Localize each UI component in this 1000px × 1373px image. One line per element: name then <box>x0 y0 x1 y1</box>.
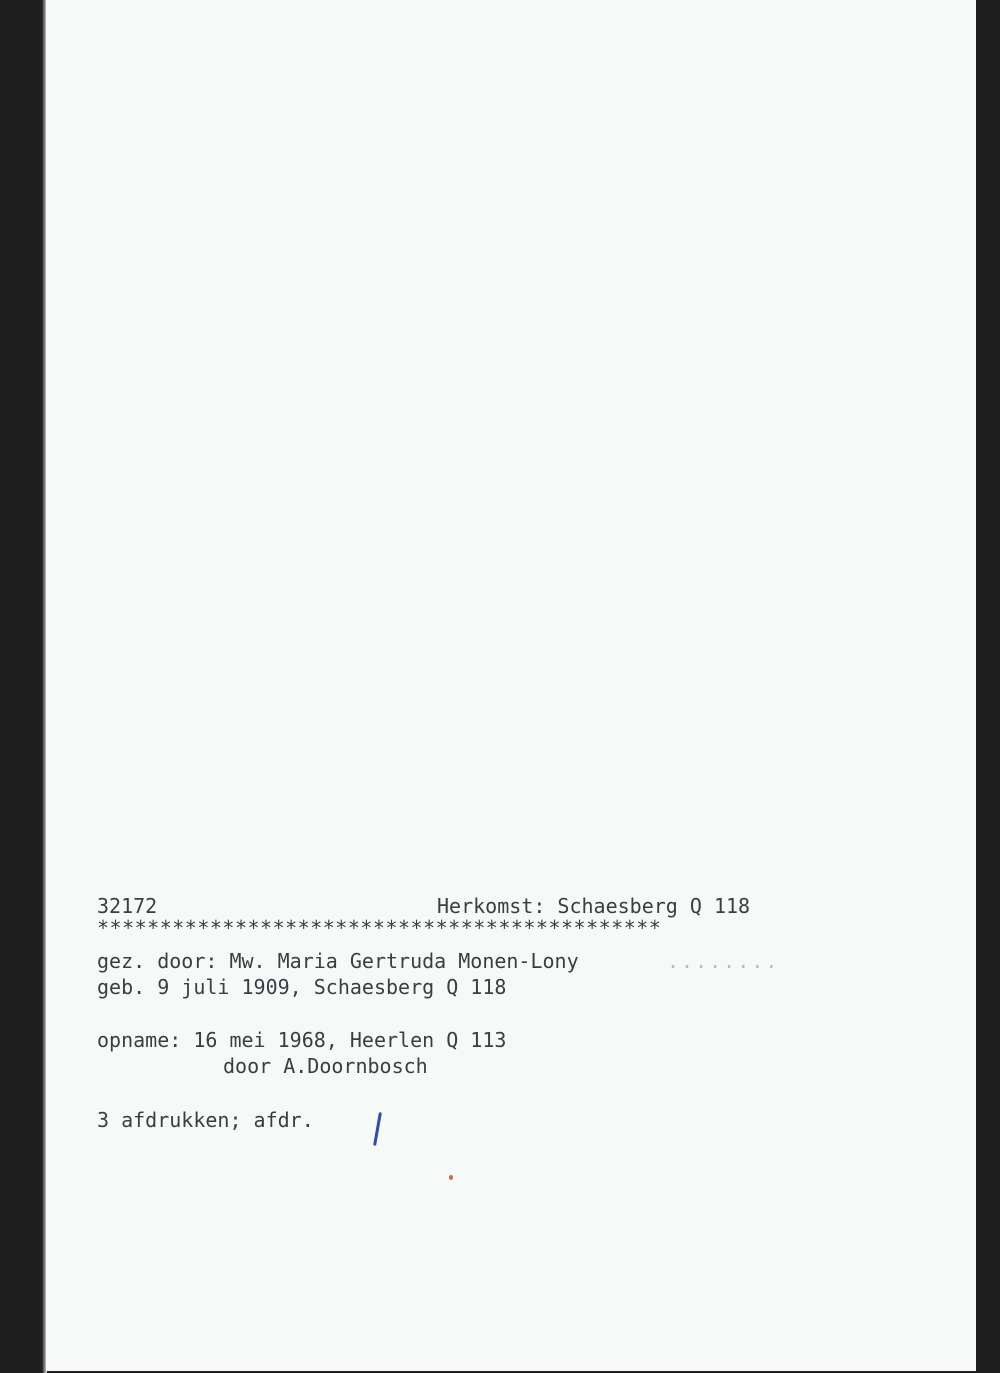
index-card <box>46 0 976 1371</box>
asterisk-separator: ****************************************… <box>97 915 661 941</box>
ink-spot <box>449 1175 453 1180</box>
birth-line: geb. 9 juli 1909, Schaesberg Q 118 <box>97 974 506 1000</box>
dotted-fill: ........ <box>667 948 779 974</box>
recording-line: opname: 16 mei 1968, Heerlen Q 113 <box>97 1027 506 1053</box>
prints-line: 3 afdrukken; afdr. <box>97 1107 314 1133</box>
recorder-line: door A.Doornbosch <box>223 1053 428 1079</box>
singer-line: gez. door: Mw. Maria Gertruda Monen-Lony <box>97 948 579 974</box>
